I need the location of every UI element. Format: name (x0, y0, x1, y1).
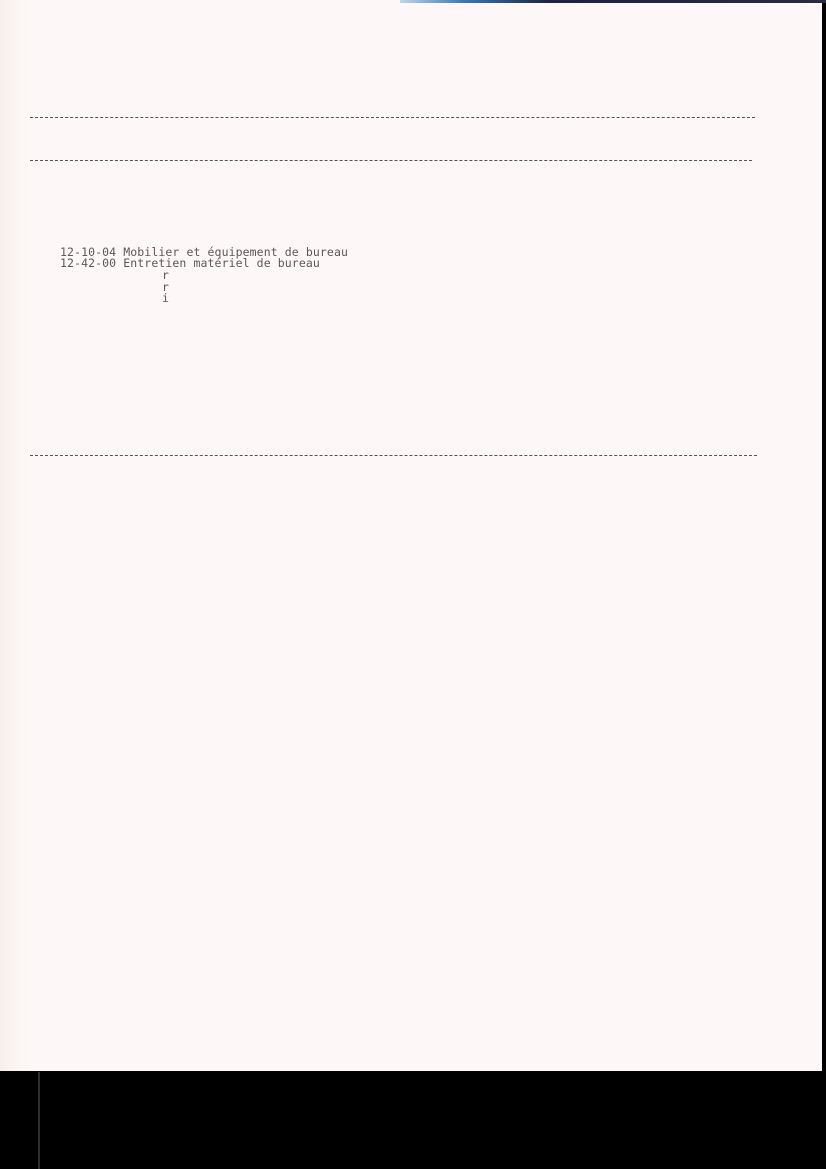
dashed-separator-bottom (30, 455, 757, 456)
entry-code: 12-42-00 (60, 256, 116, 270)
entry-label: Entretien matériel de bureau (123, 256, 320, 270)
dashed-separator-second (30, 160, 752, 161)
dashed-separator-top (30, 117, 755, 118)
scanner-bed-line (38, 1072, 40, 1169)
scanned-page: 12-10-04 Mobilier et équipement de burea… (0, 0, 822, 1071)
entry-row: 12-42-00 Entretien matériel de bureau (60, 258, 320, 269)
scan-edge-artifact (400, 0, 826, 3)
stray-char: i (162, 293, 169, 304)
